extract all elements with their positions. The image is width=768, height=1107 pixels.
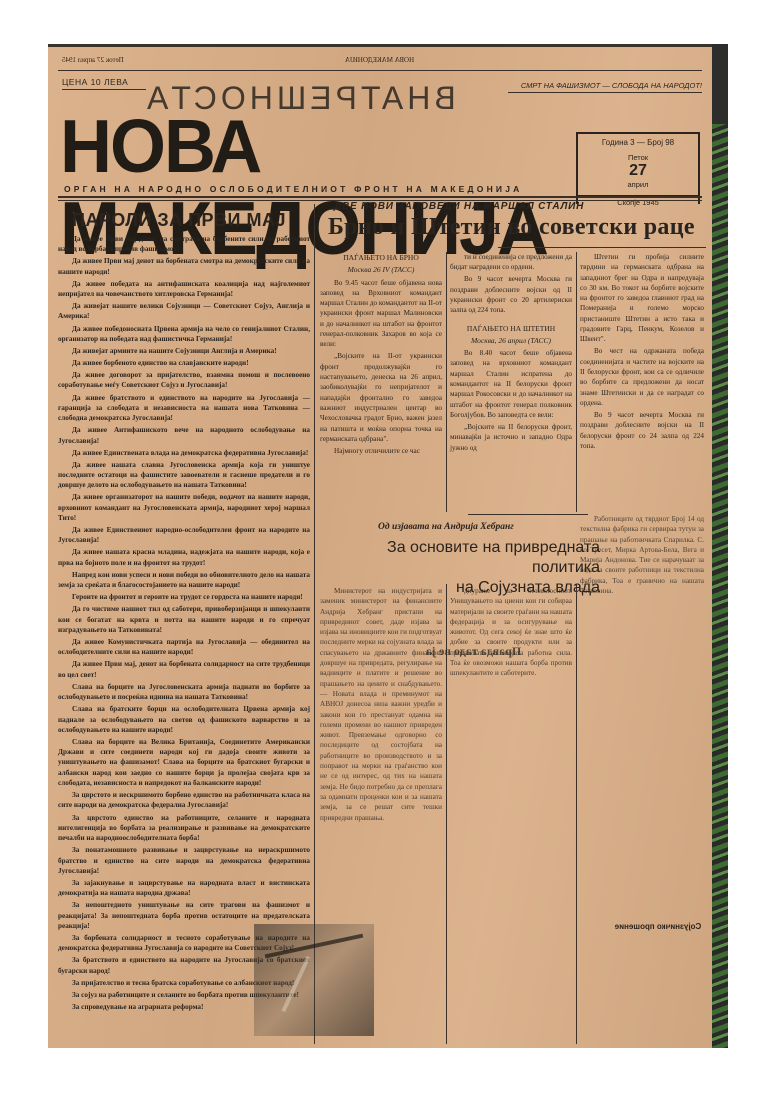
month: април xyxy=(578,180,698,189)
slogan-paragraph: Да живее договорот за пријателство, взаи… xyxy=(58,370,310,391)
slogan-paragraph: Слава на борците на Велика Британија, Со… xyxy=(58,737,310,788)
title-underline xyxy=(498,247,706,248)
slogan-paragraph: Да живее нашата красна младина, надежјат… xyxy=(58,547,310,568)
article-paragraph: Во 9.45 часот беше објавена нова заповед… xyxy=(320,278,442,350)
slogan-paragraph: Да живее Комунистичката партија на Југос… xyxy=(58,637,310,658)
slogan-paragraph: Да живее Први мај, денот на борбената со… xyxy=(58,659,310,680)
left-article-title: ПАРОЛИ ЗА ПРВИ МАЈ xyxy=(72,210,286,231)
slogan-paragraph: Да живее нашата славна Југословенска арм… xyxy=(58,460,310,491)
price-label: ЦЕНА 10 ЛЕВА xyxy=(62,77,128,87)
slogan-paragraph: За цврстото и нескршимото борбено единст… xyxy=(58,790,310,811)
slogan-underline xyxy=(508,92,702,93)
column-divider xyxy=(576,584,577,1044)
binding-pattern xyxy=(712,124,728,1048)
left-article-body: Да живее Први мај денот на смотрата на б… xyxy=(58,234,310,1014)
mirrored-bleedthrough-text: Правда тадо ве ја xyxy=(426,644,521,659)
issue-number: Година 3 — Број 98 xyxy=(578,138,698,147)
book-binding xyxy=(712,44,728,1048)
slogan-paragraph: За цврстото единство на работниците, сел… xyxy=(58,813,310,844)
second-col-2: диурање за безмилосниот. Унищувањето на … xyxy=(450,586,572,680)
slogan-paragraph: Да живејат нашите велики Сојузници — Сов… xyxy=(58,301,310,322)
article-separator xyxy=(468,514,588,515)
slogan-paragraph: Да живее Први мај денот на борбената смо… xyxy=(58,256,310,277)
slogan-paragraph: Да живее победата на антифашиската коали… xyxy=(58,279,310,300)
second-col-1: Министерот на индустријата и заменик мин… xyxy=(320,586,442,825)
article-paragraph: Најмногу отличилите се час xyxy=(320,446,442,456)
date-box: Година 3 — Број 98 Петок 27 април Скопје… xyxy=(576,132,700,204)
article-paragraph: Во 9 часот вечерта Москва ги поздрави до… xyxy=(450,274,572,315)
main-article-title: Брно и Штетин во советски раце xyxy=(328,214,695,241)
slogan-paragraph: Да живее Единствениот народно-ослободите… xyxy=(58,525,310,546)
slogan-paragraph: Да живее Единствената влада на демократс… xyxy=(58,448,310,458)
subhead-brno: ПАЃАЊЕТО НА БРНО xyxy=(320,253,442,263)
slogan-paragraph: Да го чистиме нашиот тил од саботери, пр… xyxy=(58,604,310,635)
article-paragraph: Во 9 часот вечерта Москва ги поздрави до… xyxy=(580,410,704,451)
article-paragraph: Во 8.40 часот беше објавена заповед на в… xyxy=(450,348,572,420)
slogan-paragraph: Да живее Антифашиското вече на народното… xyxy=(58,425,310,446)
slogan-paragraph: Героите на фронтот и героите на трудот с… xyxy=(58,592,310,602)
dateline-stettin: Москва, 26 април (ТАСС) xyxy=(450,336,572,346)
halftone-photo xyxy=(254,924,374,1036)
slogan-paragraph: Да живее Први мај денот на смотрата на б… xyxy=(58,234,310,255)
column-divider xyxy=(446,252,447,512)
dateline-brno: Москва 26 IV (ТАСС) xyxy=(320,265,442,275)
main-col-3: Штетин ги пробија силните тврдини на гер… xyxy=(580,252,704,453)
article-paragraph: „Војските на II-от украински фронт продо… xyxy=(320,351,442,444)
second-article-kicker: Од изјавата на Андрија Хебранг xyxy=(378,522,514,532)
main-col-2: ти и соединенија се предложени да бидат … xyxy=(450,252,572,455)
column-divider xyxy=(314,204,315,1044)
column-divider xyxy=(576,252,577,512)
weekday: Петок xyxy=(578,153,698,162)
slogan-paragraph: Слава на борците на Југословенската арми… xyxy=(58,682,310,703)
masthead-rule xyxy=(58,196,702,198)
mirrored-title: НОВА МАКЕДОНИЈА xyxy=(345,56,414,64)
slogan-paragraph: Да живее братството и единството на наро… xyxy=(58,393,310,424)
main-col-1: ПАЃАЊЕТО НА БРНО Москва 26 IV (ТАСС) Во … xyxy=(320,252,442,458)
slogan-paragraph: Напред кон нови успеси и нови победи во … xyxy=(58,570,310,591)
slogan-paragraph: За понатамошното развивање и зацврстувањ… xyxy=(58,845,310,876)
main-article-kicker: ДВЕ НОВИ ЗАПОВЕДИ НА МАРШАЛ СТАЛИН xyxy=(334,201,584,212)
slogan-paragraph: Да живејат армиите на нашите Сојузници А… xyxy=(58,346,310,356)
top-rule xyxy=(58,70,702,71)
article-paragraph: „Војските на II белоруски фронт, минавај… xyxy=(450,422,572,453)
price-underline xyxy=(62,89,146,90)
subhead-stettin: ПАЃАЊЕТО НА ШТЕТИН xyxy=(450,324,572,334)
mirrored-bleedthrough-header: Петок 27 април 1945 НОВА МАКЕДОНИЈА xyxy=(48,54,712,68)
title-line-1: За основите на привредната политика xyxy=(360,538,600,578)
slogan-paragraph: За зајакнување и зацврстување на народна… xyxy=(58,878,310,899)
article-paragraph: Во чест на одржаната победа соединенијат… xyxy=(580,346,704,408)
newspaper-page: Петок 27 април 1945 НОВА МАКЕДОНИЈА ЦЕНА… xyxy=(48,44,712,1048)
day-number: 27 xyxy=(578,162,698,180)
second-col-3: Работниците од тврдиот Број 14 од тексти… xyxy=(580,514,704,598)
slogan-paragraph: Да живее борбеното единство на славјанск… xyxy=(58,358,310,368)
slogan-paragraph: Да живее организаторот на нашите победи,… xyxy=(58,492,310,523)
article-paragraph: Штетин ги пробија силните тврдини на гер… xyxy=(580,252,704,345)
slogan-paragraph: Да живее победоносната Црвена армија на … xyxy=(58,324,310,345)
slogan-paragraph: Слава на братските борци на ослободителн… xyxy=(58,704,310,735)
mirrored-box-heading: Сојузничко прошение xyxy=(603,922,713,932)
slogan: СМРТ НА ФАШИЗМОТ — СЛОБОДА НА НАРОДОТ! xyxy=(521,81,702,90)
organ-subtitle: ОРГАН НА НАРОДНО ОСЛОБОДИТЕЛНИОТ ФРОНТ Н… xyxy=(64,184,522,194)
article-paragraph: ти и соединенија се предложени да бидат … xyxy=(450,252,572,273)
